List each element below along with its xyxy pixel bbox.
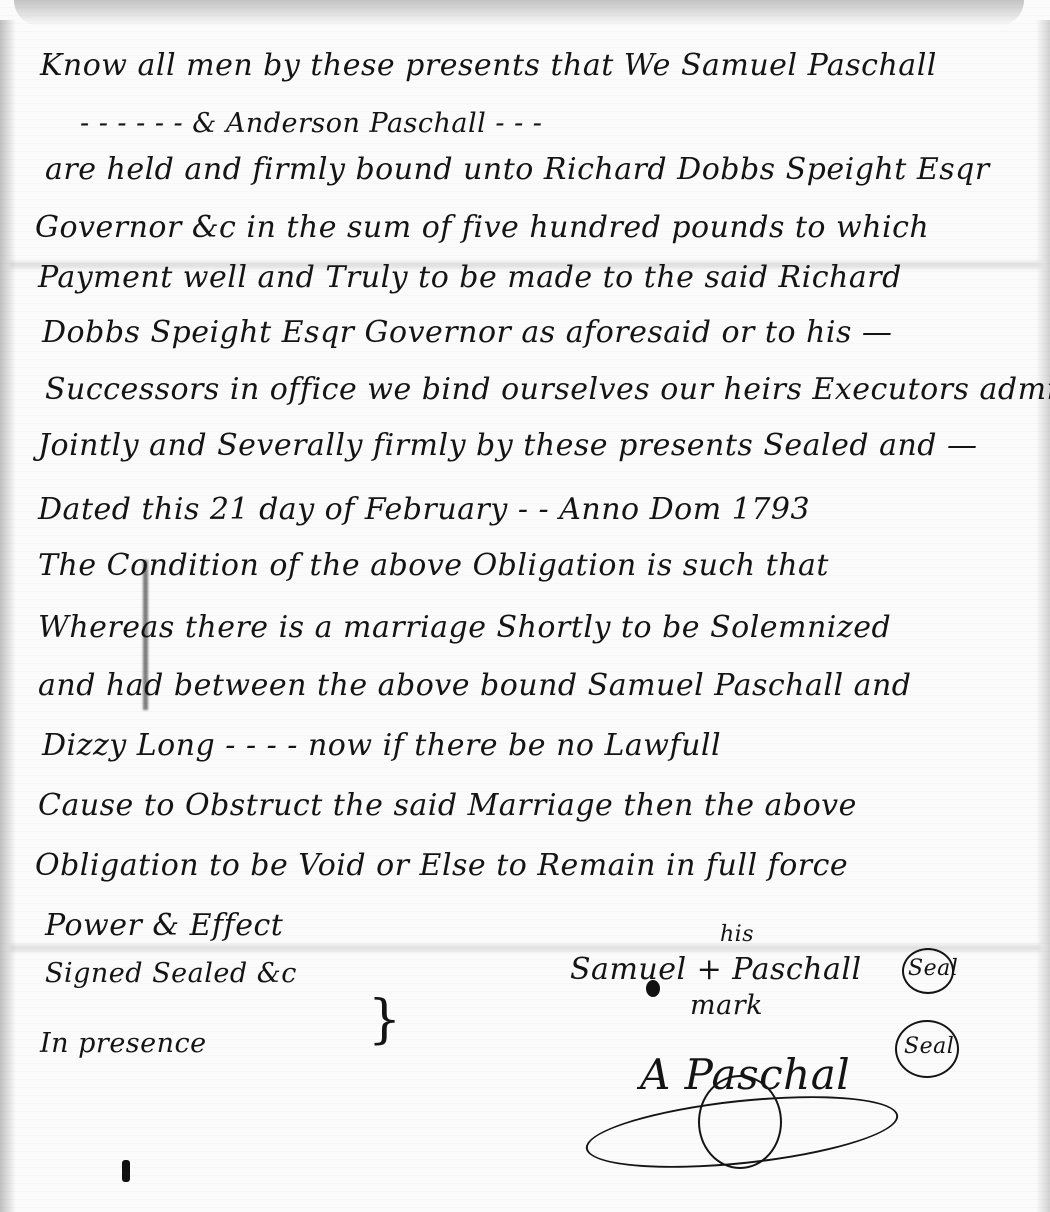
fold-line xyxy=(10,945,1040,951)
ink-blot xyxy=(122,1160,130,1182)
signer-1-name: Samuel + Paschall xyxy=(570,952,862,987)
body-line: Power & Effect xyxy=(45,908,283,943)
signed-sealed-line: Signed Sealed &c xyxy=(45,958,297,989)
body-line: Obligation to be Void or Else to Remain … xyxy=(35,848,848,883)
seal-1-label: Seal xyxy=(908,956,958,981)
body-line: Payment well and Truly to be made to the… xyxy=(38,260,902,295)
body-line: Know all men by these presents that We S… xyxy=(40,48,937,83)
body-line: Cause to Obstruct the said Marriage then… xyxy=(38,788,857,823)
body-line: and had between the above bound Samuel P… xyxy=(38,668,912,703)
body-line: Dated this 21 day of February - - Anno D… xyxy=(38,492,810,527)
in-presence-line: In presence xyxy=(40,1028,207,1059)
signature-loop-icon xyxy=(698,1075,782,1169)
ink-blot xyxy=(646,980,660,997)
body-line: The Condition of the above Obligation is… xyxy=(38,548,829,583)
paper-edge-left xyxy=(0,20,16,1212)
paper-edge-top xyxy=(14,0,1024,26)
body-line: Jointly and Severally firmly by these pr… xyxy=(38,428,978,463)
body-line: Successors in office we bind ourselves o… xyxy=(45,372,1050,407)
his-label: his xyxy=(720,922,754,947)
body-line: Dobbs Speight Esqr Governor as aforesaid… xyxy=(42,315,892,350)
body-line: - - - - - - & Anderson Paschall - - - xyxy=(80,108,542,139)
mark-label: mark xyxy=(690,990,763,1021)
seal-2-label: Seal xyxy=(904,1034,954,1059)
body-line: Governor &c in the sum of five hundred p… xyxy=(35,210,929,245)
body-line: are held and firmly bound unto Richard D… xyxy=(45,152,990,187)
document-page: Know all men by these presents that We S… xyxy=(0,0,1050,1212)
body-line: Dizzy Long - - - - now if there be no La… xyxy=(42,728,721,763)
bracket: } xyxy=(368,990,402,1050)
body-line: Whereas there is a marriage Shortly to b… xyxy=(38,610,891,645)
paper-edge-right xyxy=(1036,20,1050,1212)
